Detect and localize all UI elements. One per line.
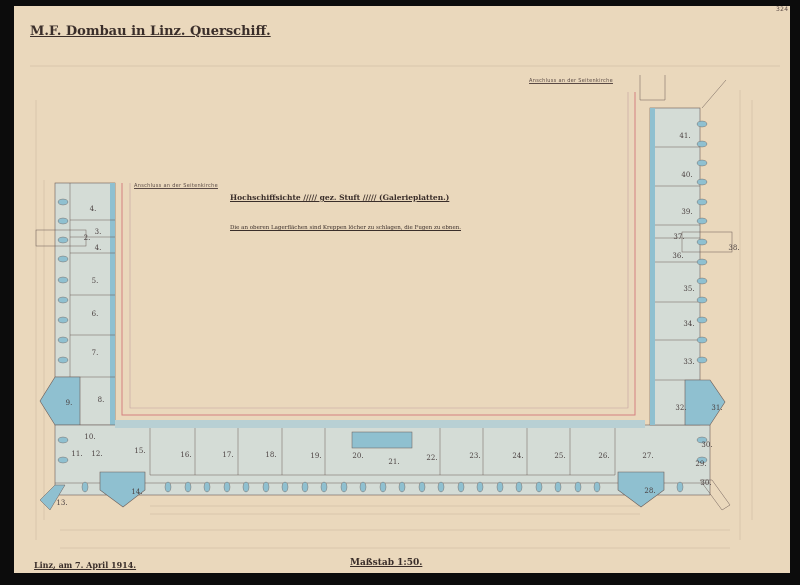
- room-number: 7.: [92, 349, 99, 357]
- room-number: 31.: [711, 404, 722, 412]
- room-number: 29.: [695, 460, 706, 468]
- room-number: 37.: [673, 233, 684, 241]
- room-number: 20.: [352, 452, 363, 460]
- sheet-title: M.F. Dombau in Linz. Querschiff.: [30, 24, 271, 39]
- room-number: 4.: [95, 244, 102, 252]
- room-number: 8.: [98, 396, 105, 404]
- label-left-connection: Anschluss an der Seitenkirche: [134, 183, 218, 189]
- room-number: 23.: [469, 452, 480, 460]
- room-number: 10.: [84, 433, 95, 441]
- room-number: 17.: [222, 451, 233, 459]
- room-number: 40.: [681, 171, 692, 179]
- room-number: 12.: [91, 450, 102, 458]
- place-date: Linz, am 7. April 1914.: [34, 560, 136, 570]
- room-number: 4.: [90, 205, 97, 213]
- room-number: 30.: [700, 479, 711, 487]
- scale-label: Maßstab 1:50.: [350, 558, 422, 568]
- room-number: 30.: [701, 441, 712, 449]
- room-number: 16.: [180, 451, 191, 459]
- note-sub: Die an oberen Lagerflächen sind Kreppen …: [230, 225, 461, 231]
- drawing-sheet: M.F. Dombau in Linz. Querschiff. 324 Hoc…: [14, 6, 790, 573]
- room-number: 11.: [71, 450, 82, 458]
- room-number: 5.: [92, 277, 99, 285]
- room-number: 24.: [512, 452, 523, 460]
- room-number: 21.: [388, 458, 399, 466]
- room-number: 22.: [426, 454, 437, 462]
- room-number: 13.: [56, 499, 67, 507]
- floor-plan: [14, 6, 790, 573]
- room-number: 36.: [672, 252, 683, 260]
- room-number: 32.: [675, 404, 686, 412]
- room-number: 14.: [131, 488, 142, 496]
- room-number: 39.: [681, 208, 692, 216]
- label-right-connection: Anschluss an der Seitenkirche: [529, 78, 613, 84]
- room-number: 6.: [92, 310, 99, 318]
- room-number: 38.: [728, 244, 739, 252]
- sheet-number: 324: [776, 6, 788, 13]
- room-number: 3.: [95, 228, 102, 236]
- room-number: 34.: [683, 320, 694, 328]
- note-main: Hochschiffsichte ///// gez. Stuft ///// …: [230, 193, 449, 202]
- room-number: 26.: [598, 452, 609, 460]
- room-number: 2.: [84, 234, 91, 242]
- room-number: 35.: [683, 285, 694, 293]
- room-number: 27.: [642, 452, 653, 460]
- room-number: 9.: [66, 399, 73, 407]
- room-number: 18.: [265, 451, 276, 459]
- room-number: 25.: [554, 452, 565, 460]
- room-number: 28.: [644, 487, 655, 495]
- room-number: 33.: [683, 358, 694, 366]
- room-number: 41.: [679, 132, 690, 140]
- room-number: 19.: [310, 452, 321, 460]
- room-number: 15.: [134, 447, 145, 455]
